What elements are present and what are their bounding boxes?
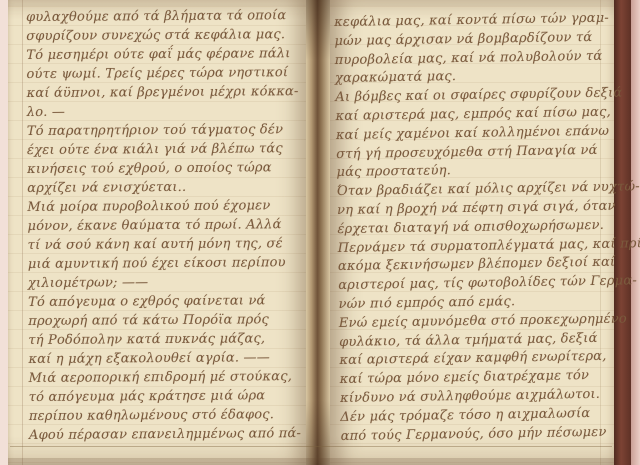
bottom-page-edge <box>8 458 614 465</box>
handwriting-line: κινήσεις τού εχθρού, ο οποίος τώρα <box>27 158 305 179</box>
handwriting-line: καί άϋπνοι, καί βρεγμένοι μέχρι κόκκα- <box>27 82 305 103</box>
cover-edge <box>614 0 631 465</box>
handwriting-line: Τό μεσημέρι ούτε φαΐ μάς φέρανε πάλι <box>26 44 304 65</box>
handwriting-left-page: φυλαχθούμε από τά βλήματα τά οποίασφυρίζ… <box>26 6 307 445</box>
handwriting-line: σφυρίζουν συνεχώς στά κεφάλια μας. <box>26 25 304 46</box>
handwriting-line: φυλαχθούμε από τά βλήματα τά οποία <box>26 6 304 27</box>
bottom-rule-line <box>10 446 612 447</box>
handwriting-line: περίπου καθηλωμένους στό έδαφος. <box>29 405 307 426</box>
left-page-margin-rule <box>22 0 23 465</box>
handwriting-line: τί νά σού κάνη καί αυτή μόνη της, σέ <box>28 234 306 255</box>
handwriting-line: τή Ροδόπολην κατά πυκνάς μάζας, <box>28 329 306 350</box>
handwriting-line: Μιά μοίρα πυροβολικού πού έχομεν <box>27 196 305 217</box>
handwriting-line: Μιά αεροπορική επιδρομή μέ στούκας, <box>29 367 307 388</box>
handwriting-line: χιλιομέτρων; —— <box>28 272 306 293</box>
handwriting-line: Τό απόγευμα ο εχθρός φαίνεται νά <box>28 291 306 312</box>
handwriting-line: μιά αμυντική πού έχει είκοσι περίπου <box>28 253 306 274</box>
handwriting-line: καί η μάχη εξακολουθεί αγρία. —— <box>28 348 306 369</box>
handwriting-line: ούτε ψωμί. Τρείς μέρες τώρα νηστικοί <box>26 63 304 84</box>
handwriting-line: τό απόγευμα μάς κράτησε μιά ώρα <box>29 386 307 407</box>
handwriting-line: Τό παρατηρητήριον τού τάγματος δέν <box>27 120 305 141</box>
handwriting-line: λο. — <box>27 101 305 122</box>
handwriting-line: προχωρή από τά κάτω Πορόϊα πρός <box>28 310 306 331</box>
handwriting-line: Αφού πέρασαν επανειλημμένως από πά- <box>29 424 307 445</box>
handwriting-line: αρχίζει νά ενισχύεται.. <box>27 177 305 198</box>
handwriting-line: μόνον, έκανε θαύματα τό πρωί. Αλλά <box>27 215 305 236</box>
handwriting-line: έχει ούτε ένα κιάλι γιά νά βλέπω τάς <box>27 139 305 160</box>
notebook-scan: φυλαχθούμε από τά βλήματα τά οποίασφυρίζ… <box>0 0 640 465</box>
cover-outer-edge <box>631 0 640 465</box>
handwriting-right-page: κεφάλια μας, καί κοντά πίσω τών γραμ-μών… <box>334 10 613 447</box>
binding-gutter <box>306 0 330 465</box>
